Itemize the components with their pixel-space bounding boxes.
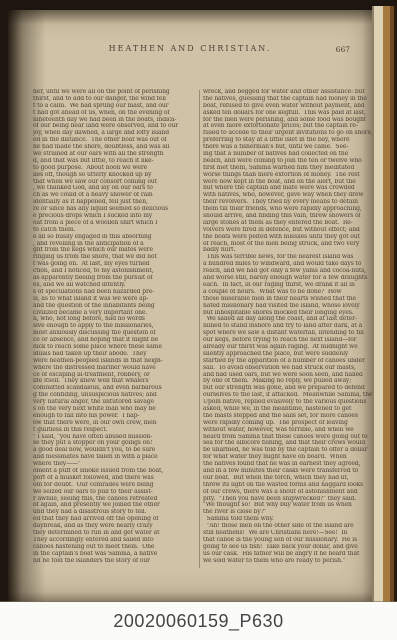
text-line: und they had a disastrous story to tell. (33, 509, 205, 516)
text-line: hated missionary had visited the island,… (203, 303, 373, 310)
text-line: ed that they had arrived off the opening… (33, 516, 205, 523)
fore-edge-light-strip (374, 6, 383, 602)
text-line: without water, however, was terrible, an… (203, 427, 373, 434)
text-line: and worse still, barely enough water for… (203, 275, 373, 282)
text-line: where the distressed mariner would have (33, 365, 205, 372)
text-line: oment a puff of smoke issued from the bo… (33, 468, 205, 475)
text-line: "We thought so! But why buy water from u… (203, 502, 373, 509)
text-line: nd he told the islanders the story of ou… (33, 558, 205, 565)
text-line: to catch them. (33, 227, 205, 234)
text-line: and had used oars, but we were soon seen… (203, 372, 373, 379)
text-line: worse things than mere extortion of mone… (203, 172, 373, 179)
text-line: but our strength was gone, and we prepar… (203, 385, 373, 392)
text-line: each. In fact, in our raging thirst, we … (203, 282, 373, 289)
text-line: ch as we could of a heavy shower of rain (33, 192, 205, 199)
text-line: were heathen-peopled islands in that nei… (33, 358, 205, 365)
fore-edge-brown-strip (383, 6, 390, 602)
text-line: port of a musket followed, and there was (33, 475, 205, 482)
text-line: we seized our oars to pull to their assi… (33, 489, 205, 496)
text-line: t was going on. At last, my eyes turned (33, 261, 205, 268)
left-text-column: her, until we were all on the point of p… (33, 89, 205, 577)
text-line: with natives, who, however, gave way whe… (203, 192, 373, 199)
text-line: the boats were pelted with missiles unti… (203, 234, 373, 241)
text-line: ow that there were, in our own crew, men (33, 420, 205, 427)
text-line: there was a fisherman's hut, until we ca… (203, 144, 373, 151)
text-line: ed in the distance. The other boat was o… (33, 137, 205, 144)
text-line: s on the very next white man who may be (33, 406, 205, 413)
text-line: for the men were perishing, and some foo… (203, 117, 373, 124)
text-line: sive enough to apply to the missionaries… (33, 323, 205, 330)
text-line: of again, and presently we joined the ot… (33, 502, 205, 509)
text-line: life itself. They knew well that whalers… (33, 378, 205, 385)
text-line: us our cask. His father will be angry if… (203, 551, 373, 558)
text-line: " I said, "you have often abused mission… (33, 434, 205, 441)
text-line: in the captain's boat was Samma, a nativ… (33, 551, 205, 558)
text-line: a good deal now, wouldn't you, to be sur… (33, 447, 205, 454)
text-line: ourselves to the last, if attacked. Mean… (203, 392, 373, 399)
text-line: wreck, and begged for water and other as… (203, 89, 373, 96)
text-line: by one of them. Making no reply, we pull… (203, 378, 373, 385)
text-line: where they——" (33, 461, 205, 468)
text-line: asked, while we, in the meantime, hasten… (203, 406, 373, 413)
text-line: our kegs, before trying to reach the nex… (203, 337, 373, 344)
digitization-label-text: 20020060159_P630 (113, 611, 283, 632)
text-line: t to a calm. We had sprung our mast, and… (33, 103, 205, 110)
text-line: already our thirst was again raging. At … (203, 344, 373, 351)
text-line: canoes hastening out to meet them. One (33, 544, 205, 551)
text-line: boat, refused to give even water without… (203, 103, 373, 110)
text-line: they determined to run in and get water … (33, 530, 205, 537)
text-line: They accordingly entered and sailed into (33, 537, 205, 544)
text-line: t guiltless in this respect. (33, 427, 205, 434)
page-number: 667 (336, 45, 350, 54)
text-line: be unarmed, he was told by the captain t… (203, 447, 373, 454)
text-line: them till their friends, who were rapidl… (203, 206, 373, 213)
text-line: mined to stand inshore and try to land a… (203, 323, 373, 330)
text-line: r awhile, seeing this, the canoes retrea… (33, 496, 205, 503)
text-line: es, and we all watched intently. (33, 282, 205, 289)
text-line: threw its light on the wasted forms and … (203, 482, 373, 489)
text-line: we strained at our oars with all the str… (33, 151, 205, 158)
text-line: , we thanked God, and lay on our oars to (33, 185, 205, 192)
text-line: that canoe is the young son of our missi… (203, 537, 373, 544)
text-line: luck to reach some place where these sam… (33, 344, 205, 351)
text-line: committed scandalous, and even barbarous (33, 385, 205, 392)
digitization-label-strip: 20020060159_P630 (0, 602, 397, 640)
text-line: is, as to what island it was we were ap- (33, 296, 205, 303)
text-line: of our being near land were observed, an… (33, 123, 205, 130)
text-line: joy, when day dawned, a large and lofty … (33, 130, 205, 137)
right-text-column: wreck, and begged for water and other as… (203, 89, 373, 589)
text-line: iduals had taken up their abode. They (33, 351, 205, 358)
book-photo: HEATHEN AND CHRISTIAN. 667 her, until we… (0, 0, 397, 640)
text-line: of our crews, there was a shout of aston… (203, 489, 373, 496)
text-line: were rapidly coming up. The prospect of … (203, 420, 373, 427)
text-line: pity. "Then you have been shipwrecked?" … (203, 496, 373, 503)
text-line: we sold water to them who are ready to p… (203, 558, 373, 565)
text-line: at even more extortionate prices; but th… (203, 123, 373, 130)
text-line: startled by the apparition of a number o… (203, 358, 373, 365)
text-line: d, and that was but little, to reach it … (33, 158, 205, 165)
text-line: still heathens! We are Christians here!—… (203, 530, 373, 537)
text-line: daybreak, and as they were nearly crazy (33, 523, 205, 530)
text-line: se they put a stopper on your goings on! (33, 440, 205, 447)
text-line: This was terrible news, for the nearest … (203, 254, 373, 261)
text-line: of reach, most of the men being struck, … (203, 241, 373, 248)
text-line: the masts stepped and the sails set, for… (203, 413, 373, 420)
text-line: s of speculations had been hazarded pre- (33, 289, 205, 296)
text-line: were now kept in the boat, and on the al… (203, 179, 373, 186)
text-line: t had got ahead of us, when, on the even… (33, 110, 205, 117)
text-line: e precious drops which I sucked into my (33, 213, 205, 220)
text-line: that when we saw our consort coming out (33, 179, 205, 186)
text-line: thirst, and to add to our danger, the wi… (33, 96, 205, 103)
text-line: identially as it happened, fell just the… (33, 199, 205, 206)
text-line: badly hurt. (203, 247, 373, 254)
text-line: nineteenth day we had been in the boats,… (33, 117, 205, 124)
text-line: her, until we were all on the point of p… (33, 89, 205, 96)
text-line: silently approached the place, but were … (203, 351, 373, 358)
text-line: sail. To avoid observation we had struck… (203, 365, 373, 372)
text-line: heard from Samma that these canoes were … (203, 434, 373, 441)
text-line: first met them, Samma warned him they me… (203, 165, 373, 172)
text-line: a hundred miles to windward, and would t… (203, 261, 373, 268)
text-line: very natural anger, the untutored savage (33, 399, 205, 406)
book-page: HEATHEN AND CHRISTIAN. 667 her, until we… (8, 10, 372, 602)
text-line: those miserable men in their hearts wish… (203, 296, 373, 303)
text-line: We sailed all day along the coast, and a… (203, 316, 373, 323)
text-line: a couple of hours. What was to be done? … (203, 289, 373, 296)
text-line: ght from the kegs which our mates were (33, 247, 205, 254)
text-line: , and revelling in the anticipation of a (33, 241, 205, 248)
text-line: g the confiding, unsuspicious natives; a… (33, 392, 205, 399)
text-line: for what water they might have on board.… (203, 454, 373, 461)
text-line: reach, and we had got only a few yams an… (203, 268, 373, 275)
text-line: but inhospitable shores mocked their lon… (203, 310, 373, 317)
text-line: "Ah! those men on the other side of the … (203, 523, 373, 530)
text-line: volvers were fired in defence, but witho… (203, 227, 373, 234)
text-line: our boat. But when the torch, which they… (203, 475, 373, 482)
text-line: and the question of the inhabitants bein… (33, 303, 205, 310)
text-line: ing that a number of natives had collect… (203, 151, 373, 158)
text-line: Samma told them why. (203, 516, 373, 523)
text-line: and messmates have fallen in with a plac… (33, 454, 205, 461)
text-line: the natives found that he was in earnest… (203, 461, 373, 468)
text-line: hut where the captain and mate were was … (203, 185, 373, 192)
text-line: fused to accede to their urgent invitati… (203, 130, 373, 137)
text-line: ction, and I noticed, to my astonishment… (33, 268, 205, 275)
text-line: and in a few minutes their casks were tr… (203, 468, 373, 475)
text-line: Upoln native, replied evasively to the v… (203, 399, 373, 406)
text-line: spot where we saw a distant waterfall, i… (203, 330, 373, 337)
text-line: should arrive, and finding this vain, th… (203, 213, 373, 220)
text-line: their revolvers. They tried by every mea… (203, 199, 373, 206)
text-line: ce of escaping ill-treatment, robbery, o… (33, 372, 205, 379)
text-line: civilized became a very important one. (33, 310, 205, 317)
text-line: going to see us fish! Take back your dol… (203, 544, 373, 551)
text-line: enough to fall into his power. I hap- (33, 413, 205, 420)
text-line: the natives, guessing that the captain h… (203, 96, 373, 103)
text-line: re or since has any liquid seemed so del… (33, 206, 205, 213)
text-line: to good purpose. About noon we were (33, 165, 205, 172)
text-line: ringing us from the shore, that we did n… (33, 254, 205, 261)
text-line: most anxiously discussing the question o… (33, 330, 205, 337)
text-line: oat from a piece of a woollen shirt whic… (33, 220, 205, 227)
text-line: iles off, though so utterly knocked up b… (33, 172, 205, 179)
text-line: as apparently fleeing from the pursuit o… (33, 275, 205, 282)
text-line: om for doubt. Our comrades were being (33, 482, 205, 489)
text-line: beach, and were coming to join the ten o… (203, 158, 373, 165)
text-line: e all so busily engaged in this absorbin… (33, 234, 205, 241)
running-head-title: HEATHEN AND CHRISTIAN. (28, 44, 352, 53)
text-line: ce or absence, and hoping that it might … (33, 337, 205, 344)
text-line: the river is close by?" (203, 509, 373, 516)
text-line: sea for the albicore fishing, and that t… (203, 440, 373, 447)
text-line: preferring to stay at a little islet in … (203, 137, 373, 144)
text-line: n, who, not long before, had no words (33, 316, 205, 323)
text-line: he had made the shore, doubtless, and wa… (33, 144, 205, 151)
text-line: large stones at them as they entered the… (203, 220, 373, 227)
text-line: asked ten dollars for one kegfull. This … (203, 110, 373, 117)
